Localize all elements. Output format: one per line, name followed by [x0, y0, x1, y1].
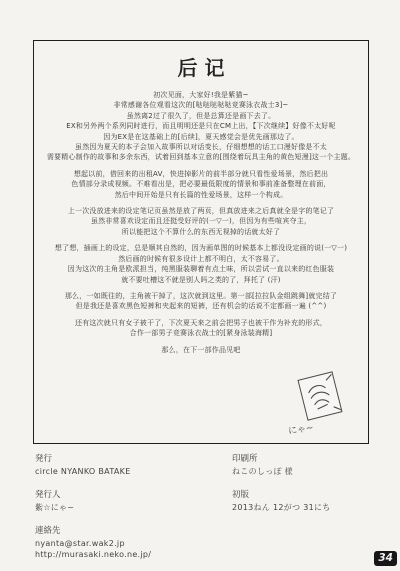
- colophon-label: 発行: [35, 452, 215, 464]
- colophon-label: 印刷所: [232, 452, 382, 464]
- colophon-value: ねこのしっぽ 様: [232, 466, 382, 477]
- page-number-badge: 34: [374, 551, 397, 566]
- colophon-value: http://murasaki.neko.ne.jp/: [35, 549, 215, 560]
- signature-text: にゃ~: [287, 420, 314, 436]
- afterword-text: 初次见面，大家好!我是紫猫~非常感谢各位观看这次的[哒哒哒哒哒竞赛泳衣战士3]~…: [34, 90, 368, 355]
- paragraph: 还有这次就只有女子被干了，下次夏天来之前会把男子也被干作为补充的形式，合作一部男…: [39, 318, 363, 339]
- paragraph: 上一次没放进来的设定笔记页虽然是放了两页，但真放进来之后真就全是字的笔记了虽然非…: [39, 206, 363, 237]
- paragraph: 初次见面，大家好!我是紫猫~非常感谢各位观看这次的[哒哒哒哒哒竞赛泳衣战士3]~…: [39, 90, 363, 163]
- colophon-right: 印刷所ねこのしっぽ 様初版2013ねん 12がつ 31にち: [232, 452, 382, 524]
- afterword-box: 后记 初次见面，大家好!我是紫猫~非常感谢各位观看这次的[哒哒哒哒哒竞赛泳衣战士…: [33, 40, 369, 444]
- paragraph: 那么，一如既往的，主角被干掉了，这次就到这里。第一部[拉拉队金组跳舞]就完结了但…: [39, 291, 363, 312]
- page-title: 后记: [34, 52, 368, 81]
- paragraph: 那么，在下一部作品见吧: [39, 345, 363, 355]
- colophon-label: 初版: [232, 488, 382, 500]
- colophon-group: 初版2013ねん 12がつ 31にち: [232, 488, 382, 513]
- colophon-label: 連絡先: [35, 524, 215, 536]
- colophon-group: 発行人紫☆にゃ~: [35, 488, 215, 513]
- signature-doodle: にゃ~: [286, 375, 352, 437]
- colophon-label: 発行人: [35, 488, 215, 500]
- colophon-group: 連絡先nyanta@star.wak2.jphttp://murasaki.ne…: [35, 524, 215, 560]
- colophon-group: 発行circle NYANKO BATAKE: [35, 452, 215, 477]
- colophon-left: 発行circle NYANKO BATAKE発行人紫☆にゃ~連絡先nyanta@…: [35, 452, 215, 571]
- colophon-value: circle NYANKO BATAKE: [35, 466, 215, 477]
- scribble-icon: [299, 372, 342, 419]
- colophon-group: 印刷所ねこのしっぽ 様: [232, 452, 382, 477]
- paragraph: 想起以前，借回来的出租AV，快进掉影片的前半部分就只看性爱场景，然后把出色情部分…: [39, 169, 363, 200]
- colophon-value: nyanta@star.wak2.jp: [35, 538, 215, 549]
- colophon-value: 2013ねん 12がつ 31にち: [232, 502, 382, 513]
- afterword-page: 后记 初次见面，大家好!我是紫猫~非常感谢各位观看这次的[哒哒哒哒哒竞赛泳衣战士…: [0, 0, 400, 571]
- paragraph: 想了想，插画上的设定，总是顺其自然的，因为画单图的时候基本上都没设定画的说(一▽…: [39, 243, 363, 285]
- colophon-value: 紫☆にゃ~: [35, 502, 215, 513]
- signature-stamp: [297, 371, 342, 420]
